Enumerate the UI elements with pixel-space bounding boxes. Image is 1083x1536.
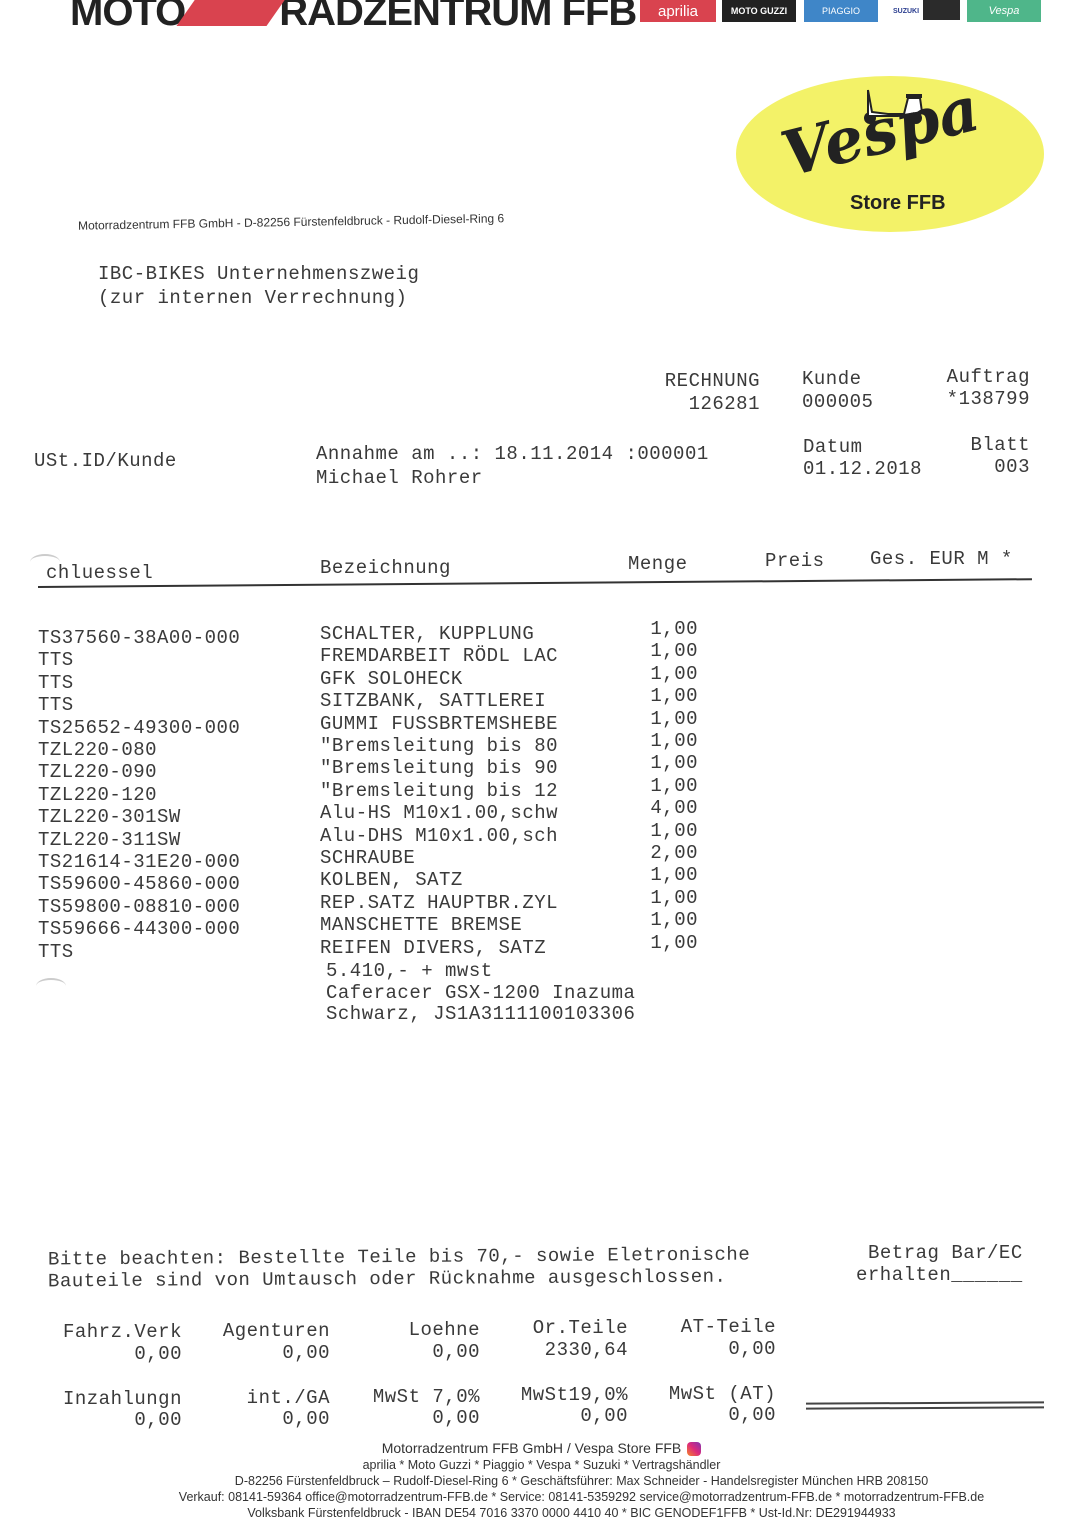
item-qty: 1,00 bbox=[600, 909, 698, 931]
footer-contact: Verkauf: 08141-59364 office@motorradzent… bbox=[40, 1490, 1083, 1504]
item-desc: "Bremsleitung bis 90 bbox=[320, 757, 558, 779]
item-qty: 1,00 bbox=[600, 708, 698, 730]
received-date: Annahme am ..: 18.11.2014 :000001 bbox=[316, 443, 709, 465]
company-logo: MOTORADZENTRUM FFB bbox=[70, 0, 636, 35]
total-label: MwSt 7,0% bbox=[370, 1386, 480, 1408]
brand-badge-piaggio: PIAGGIO bbox=[804, 0, 878, 22]
total-value: 0,00 bbox=[210, 1408, 330, 1430]
item-desc: Alu-DHS M10x1.00,sch bbox=[320, 825, 558, 847]
item-key: TS25652-49300-000 bbox=[38, 717, 240, 739]
recipient-line-1: IBC-BIKES Unternehmenszweig bbox=[98, 262, 419, 286]
invoice-number: 126281 bbox=[600, 393, 760, 415]
total-value: 0,00 bbox=[660, 1404, 776, 1426]
item-qty: 1,00 bbox=[600, 887, 698, 909]
item-desc: FREMDARBEIT RÖDL LAC bbox=[320, 645, 558, 667]
customer-number: 000005 bbox=[802, 391, 873, 413]
column-header-key: chluessel bbox=[46, 562, 153, 584]
order-number: *138799 bbox=[900, 388, 1030, 410]
item-key: TS21614-31E20-000 bbox=[38, 851, 240, 873]
page-label: Blatt bbox=[930, 434, 1030, 456]
vat-id-label: USt.ID/Kunde bbox=[34, 450, 177, 472]
item-key: TS59666-44300-000 bbox=[38, 918, 240, 940]
invoice-date: 01.12.2018 bbox=[803, 458, 922, 480]
contact-person: Michael Rohrer bbox=[316, 467, 483, 489]
total-label: Fahrz.Verk bbox=[50, 1321, 182, 1343]
received-signature-line: erhalten______ bbox=[856, 1264, 1023, 1286]
page-number: 003 bbox=[930, 456, 1030, 478]
brand-badge-moto-guzzi: MOTO GUZZI bbox=[722, 0, 796, 22]
item-qty: 4,00 bbox=[600, 797, 698, 819]
item-key: TZL220-311SW bbox=[38, 829, 181, 851]
item-desc: SCHRAUBE bbox=[320, 847, 415, 869]
sender-line: Motorradzentrum FFB GmbH - D-82256 Fürst… bbox=[78, 211, 504, 232]
item-desc: MANSCHETTE BREMSE bbox=[320, 914, 522, 936]
item-desc: SCHALTER, KUPPLUNG bbox=[320, 623, 534, 645]
logo-text-right: RADZENTRUM FFB bbox=[279, 0, 636, 34]
date-label: Datum bbox=[803, 436, 863, 458]
item-qty: 1,00 bbox=[600, 618, 698, 640]
item-key: TS59800-08810-000 bbox=[38, 896, 240, 918]
item-qty: 1,00 bbox=[600, 932, 698, 954]
item-desc: REIFEN DIVERS, SATZ bbox=[320, 937, 546, 959]
total-value: 0,00 bbox=[370, 1407, 480, 1429]
total-label: Loehne bbox=[370, 1319, 480, 1341]
item-qty: 1,00 bbox=[600, 663, 698, 685]
column-header-quantity: Menge bbox=[628, 553, 688, 575]
brand-badge-dark bbox=[923, 0, 960, 20]
column-header-total: Ges. EUR M * bbox=[870, 548, 1013, 570]
total-value: 2330,64 bbox=[520, 1339, 628, 1361]
item-note: Caferacer GSX-1200 Inazuma bbox=[326, 982, 635, 1004]
item-key: TTS bbox=[38, 672, 74, 694]
total-value: 0,00 bbox=[50, 1343, 182, 1365]
footer-address: D-82256 Fürstenfeldbruck – Rudolf-Diesel… bbox=[40, 1474, 1083, 1488]
item-desc: Alu-HS M10x1.00,schw bbox=[320, 802, 558, 824]
punch-hole-mark-2 bbox=[36, 978, 66, 994]
total-label: int./GA bbox=[210, 1387, 330, 1409]
item-desc: SITZBANK, SATTLEREI bbox=[320, 690, 546, 712]
item-desc: REP.SATZ HAUPTBR.ZYL bbox=[320, 892, 558, 914]
recipient-line-2: (zur internen Verrechnung) bbox=[98, 286, 419, 310]
brand-badge-vespa: Vespa bbox=[967, 0, 1041, 22]
item-desc: "Bremsleitung bis 12 bbox=[320, 780, 558, 802]
total-label: AT-Teile bbox=[660, 1316, 776, 1338]
item-qty: 1,00 bbox=[600, 752, 698, 774]
logo-text-left: MOTO bbox=[70, 0, 185, 34]
item-key: TTS bbox=[38, 649, 74, 671]
item-qty: 1,00 bbox=[600, 820, 698, 842]
item-key: TZL220-120 bbox=[38, 784, 157, 806]
item-qty: 1,00 bbox=[600, 864, 698, 886]
item-key: TTS bbox=[38, 941, 74, 963]
item-key: TTS bbox=[38, 694, 74, 716]
payment-label: Betrag Bar/EC bbox=[868, 1242, 1023, 1264]
vespa-store-subtitle: Store FFB bbox=[850, 192, 946, 215]
total-double-line-top bbox=[806, 1401, 1044, 1404]
column-header-price: Preis bbox=[765, 550, 825, 572]
total-label: Or.Teile bbox=[520, 1317, 628, 1339]
total-value: 0,00 bbox=[370, 1341, 480, 1363]
item-desc: KOLBEN, SATZ bbox=[320, 869, 463, 891]
customer-label: Kunde bbox=[802, 368, 862, 390]
instagram-icon[interactable] bbox=[687, 1442, 701, 1456]
footer-company: Motorradzentrum FFB GmbH / Vespa Store F… bbox=[0, 1440, 1083, 1456]
brand-badge-aprilia: aprilia bbox=[640, 0, 716, 22]
total-double-line-bottom bbox=[806, 1406, 1044, 1409]
recipient-address: IBC-BIKES Unternehmenszweig (zur interne… bbox=[98, 262, 419, 310]
total-value: 0,00 bbox=[660, 1338, 776, 1360]
item-note: 5.410,- + mwst bbox=[326, 960, 493, 982]
item-qty: 1,00 bbox=[600, 685, 698, 707]
footer-brands: aprilia * Moto Guzzi * Piaggio * Vespa *… bbox=[0, 1458, 1083, 1472]
item-key: TZL220-301SW bbox=[38, 806, 181, 828]
footer-bank: Volksbank Fürstenfeldbruck - IBAN DE54 7… bbox=[30, 1506, 1083, 1520]
invoice-number-label: RECHNUNG bbox=[600, 370, 760, 392]
item-qty: 1,00 bbox=[600, 775, 698, 797]
item-desc: "Bremsleitung bis 80 bbox=[320, 735, 558, 757]
item-key: TS59600-45860-000 bbox=[38, 873, 240, 895]
total-label: MwSt (AT) bbox=[660, 1383, 776, 1405]
logo-r-mark bbox=[177, 0, 288, 26]
item-key: TS37560-38A00-000 bbox=[38, 627, 240, 649]
total-label: MwSt19,0% bbox=[520, 1384, 628, 1406]
footer-company-text: Motorradzentrum FFB GmbH / Vespa Store F… bbox=[382, 1440, 682, 1456]
item-qty: 1,00 bbox=[600, 730, 698, 752]
total-label: Agenturen bbox=[210, 1320, 330, 1342]
item-desc: GUMMI FUSSBRTEMSHEBE bbox=[320, 713, 558, 735]
brand-badge-suzuki: SUZUKI bbox=[886, 0, 926, 22]
total-label: Inzahlungn bbox=[50, 1388, 182, 1410]
order-label: Auftrag bbox=[900, 366, 1030, 388]
item-note: Schwarz, JS1A3111100103306 bbox=[326, 1003, 635, 1025]
header-divider bbox=[38, 578, 1032, 588]
total-value: 0,00 bbox=[520, 1405, 628, 1427]
item-qty: 2,00 bbox=[600, 842, 698, 864]
item-key: TZL220-090 bbox=[38, 761, 157, 783]
column-header-description: Bezeichnung bbox=[320, 557, 451, 579]
notice-line-2: Bauteile sind von Umtausch oder Rücknahm… bbox=[48, 1266, 727, 1293]
item-qty: 1,00 bbox=[600, 640, 698, 662]
total-value: 0,00 bbox=[210, 1342, 330, 1364]
item-key: TZL220-080 bbox=[38, 739, 157, 761]
item-desc: GFK SOLOHECK bbox=[320, 668, 463, 690]
total-value: 0,00 bbox=[50, 1409, 182, 1431]
